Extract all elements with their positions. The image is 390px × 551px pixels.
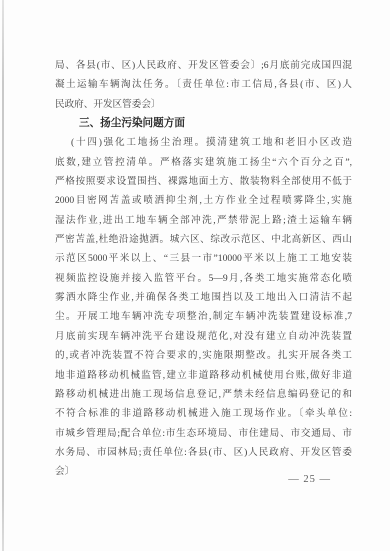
text-line: 严格按照要求设置围挡、裸露地面土方、散装物料全部使用不低于	[55, 172, 352, 191]
text-line: 民政府、开发区管委会〕	[55, 95, 352, 114]
text-line: 尘。开展工地车辆冲洗专项整治,制定车辆冲洗装置建设标准,7	[55, 307, 352, 326]
text-line: 的,或者冲洗装置不符合要求的,实施限期整改。扎实开展各类工	[55, 346, 352, 365]
text-line: 2000目密网苫盖或喷洒抑尘剂,土方作业全过程喷雾降尘,实施	[55, 191, 352, 210]
page-number: — 25 —	[0, 472, 331, 488]
text-line: 市城乡管理局;配合单位:市生态环境局、市住建局、市交通局、市	[55, 424, 352, 443]
text-line: 凝土运输车辆淘汰任务。〔责任单位:市工信局,各县(市、区)人	[55, 75, 352, 94]
text-line: 湿法作业,进出工地车辆全部冲洗,严禁带泥上路;渣土运输车辆	[55, 211, 352, 230]
text-block: 局、各县(市、区)人民政府、开发区管委会〕;6月底前完成国四混凝土运输车辆淘汰任…	[55, 56, 352, 482]
text-line: 底数,建立管控清单。严格落实建筑施工扬尘“六个百分之百”,	[55, 153, 352, 172]
scan-edge-line	[2, 0, 4, 551]
text-line: (十四)强化工地扬尘治理。摸清建筑工地和老旧小区改造	[55, 133, 352, 152]
section-heading: 三、扬尘污染问题方面	[55, 114, 352, 133]
text-line: 月底前实现车辆冲洗平台建设规范化,对没有建立自动冲洗装置	[55, 327, 352, 346]
text-line: 路移动机械进出施工现场信息登记,严禁未经信息编码登记的和	[55, 385, 352, 404]
text-line: 示范区5000平米以上、“三县一市”10000平米以上施工工地安装	[55, 249, 352, 268]
text-line: 地非道路移动机械监管,建立非道路移动机械使用台账,做好非道	[55, 366, 352, 385]
document-page: 局、各县(市、区)人民政府、开发区管委会〕;6月底前完成国四混凝土运输车辆淘汰任…	[0, 0, 390, 551]
text-line: 水务局、市园林局;责任单位:各县(市、区)人民政府、开发区管委	[55, 443, 352, 462]
text-line: 视频监控设施并接入监管平台。5—9月,各类工地实施常态化喷	[55, 269, 352, 288]
text-line: 雾洒水降尘作业,并确保各类工地围挡以及工地出入口清洁不起	[55, 288, 352, 307]
text-line: 局、各县(市、区)人民政府、开发区管委会〕;6月底前完成国四混	[55, 56, 352, 75]
text-line: 不符合标准的非道路移动机械进入施工现场作业。〔牵头单位:	[55, 404, 352, 423]
text-line: 严密苫盖,杜绝沿途抛洒。城六区、综改示范区、中北高新区、西山	[55, 230, 352, 249]
